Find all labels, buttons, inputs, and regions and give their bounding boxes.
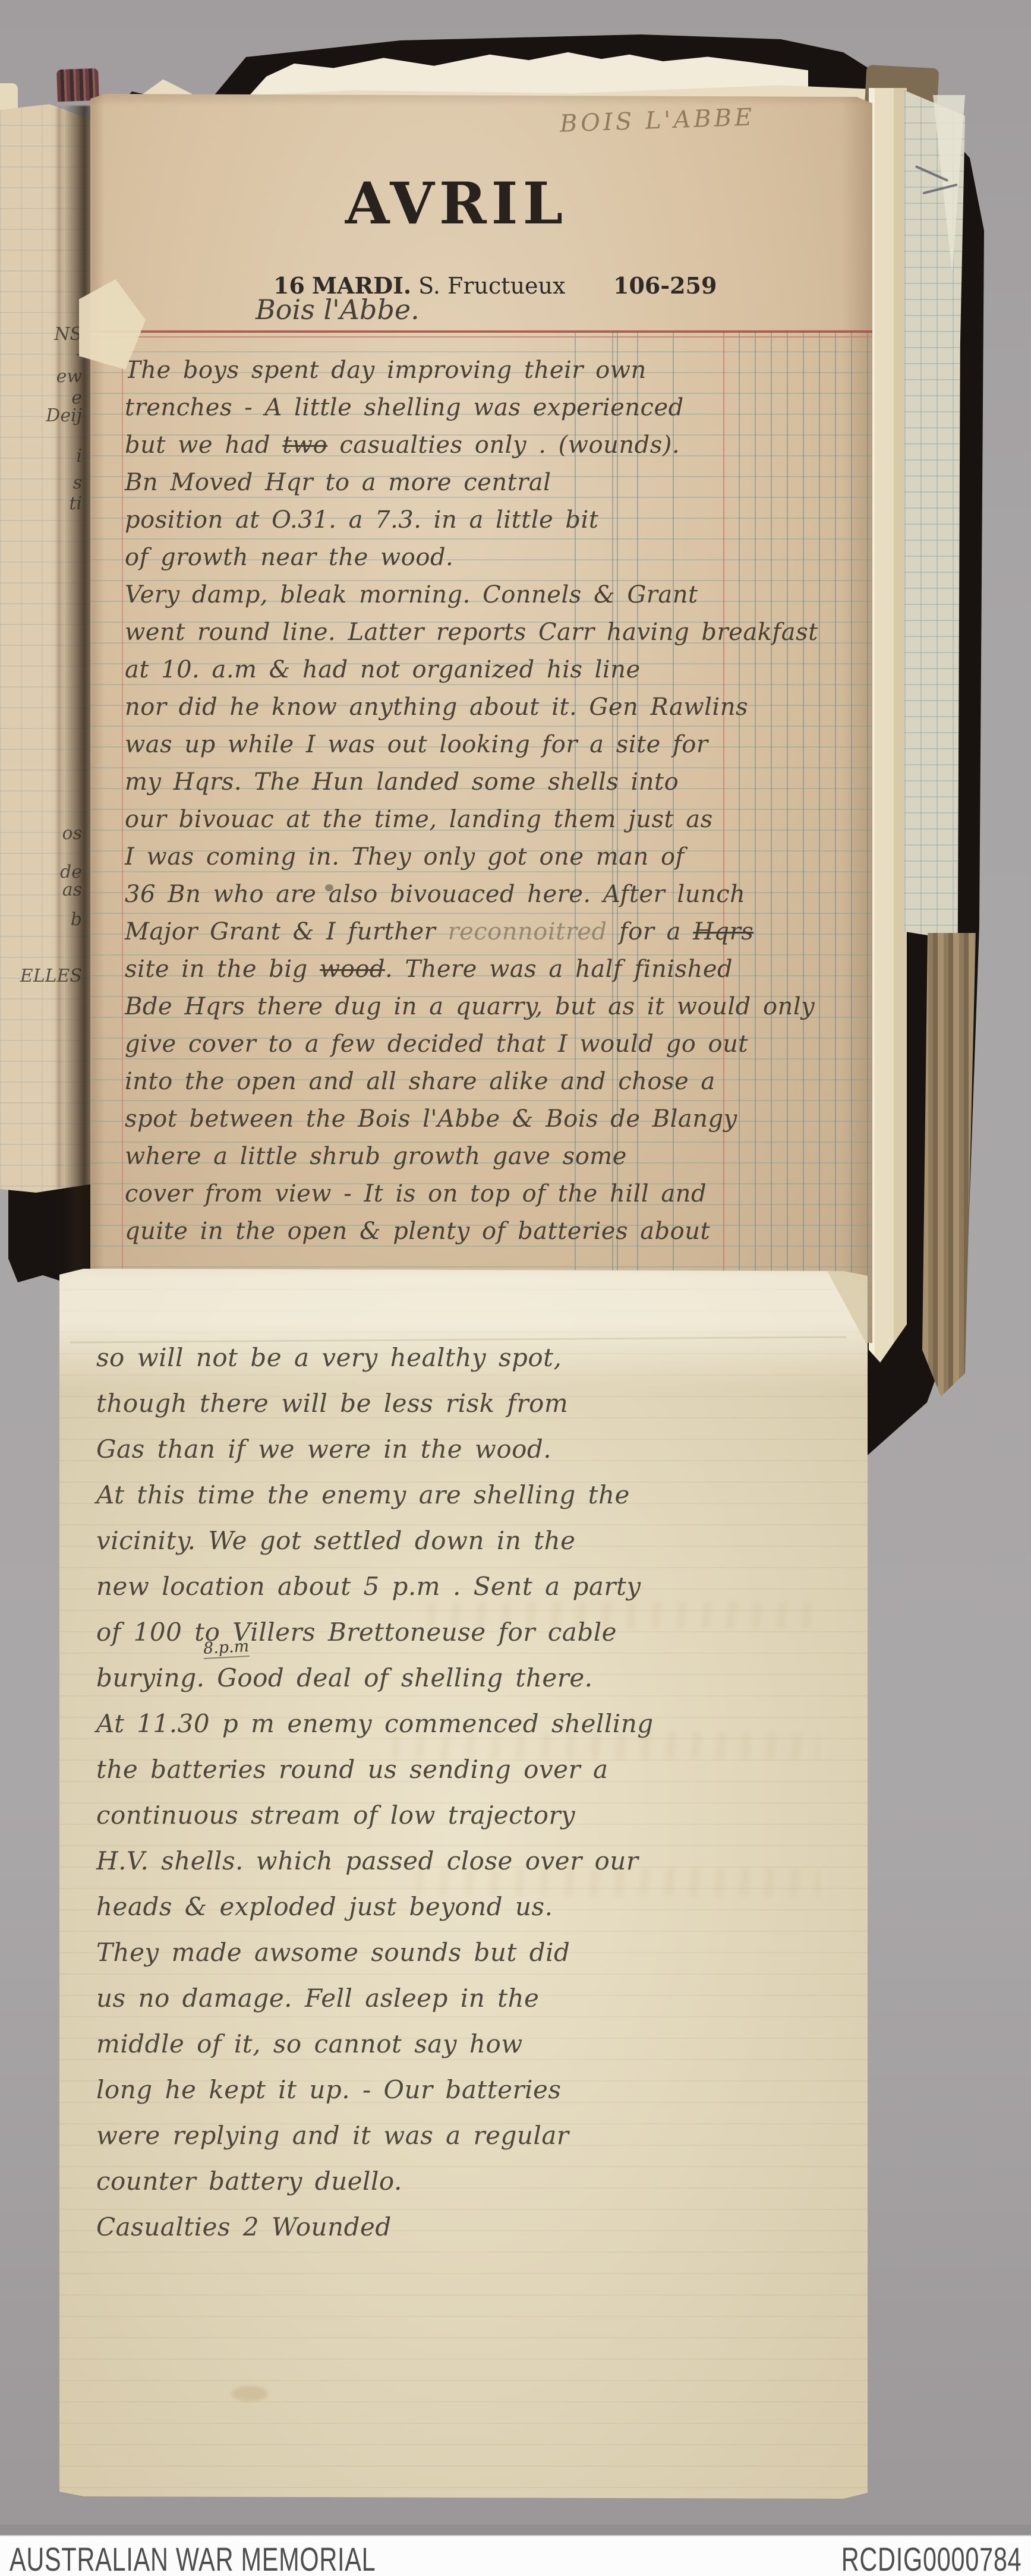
handwritten-segment: position at O.31. a 7.3. in a little bit — [125, 506, 598, 534]
handwritten-line: was up while I was out looking for a sit… — [125, 731, 708, 758]
handwritten-segment: Major Grant & I further — [125, 918, 447, 945]
handwritten-segment: H.V. shells. which passed close over our — [96, 1846, 638, 1875]
handwritten-segment: where a little shrub growth gave some — [125, 1143, 627, 1170]
handwritten-segment: at 10. a.m & had not organized his line — [125, 656, 641, 683]
scan-edge-strip — [0, 2524, 1031, 2535]
page-stack-edge — [869, 88, 907, 1363]
loose-diary-sheet: so will not be a very healthy spot,thoug… — [59, 1269, 868, 2499]
handwritten-segment: I was coming in. They only got one man o… — [125, 843, 685, 871]
handwritten-segment: casualties only . (wounds). — [327, 431, 680, 459]
paper-stain — [232, 2386, 267, 2401]
column-rule — [851, 332, 852, 1342]
handwritten-segment: of 100 to Villers Brettoneuse for cable — [96, 1618, 617, 1647]
handwritten-segment: went round line. Latter reports Carr hav… — [125, 619, 818, 646]
sheet-corner-fold — [826, 1269, 868, 1346]
handwritten-segment: cover from view - It is on top of the hi… — [125, 1180, 707, 1207]
handwritten-segment: continuous stream of low trajectory — [96, 1801, 575, 1830]
handwritten-segment: counter battery duello. — [96, 2167, 402, 2196]
column-rule — [739, 332, 740, 1342]
inserted-time-note: 8.p.m — [203, 1637, 250, 1659]
handwritten-segment: but we had — [125, 431, 282, 459]
handwritten-segment: quite in the open & plenty of batteries … — [125, 1218, 710, 1245]
handwritten-line: I was coming in. They only got one man o… — [125, 843, 685, 871]
handwritten-segment: though there will be less risk from — [96, 1389, 568, 1418]
column-rule — [867, 332, 868, 1342]
handwritten-line: of 100 to Villers Brettoneuse for cable — [96, 1618, 617, 1647]
handwritten-line: my Hqrs. The Hun landed some shells into — [125, 768, 679, 796]
handwritten-segment: wood — [320, 956, 385, 983]
printed-page-ref: 106-259 — [613, 272, 717, 299]
handwritten-line: burying. Good deal of shelling there. — [96, 1663, 593, 1692]
handwritten-line: where a little shrub growth gave some — [125, 1143, 627, 1170]
pencil-title-note: BOIS L'ABBE — [559, 103, 755, 137]
handwritten-line: quite in the open & plenty of batteries … — [125, 1218, 710, 1245]
archive-institution-label: AUSTRALIAN WAR MEMORIAL — [10, 2540, 376, 2576]
handwritten-line: They made awsome sounds but did — [96, 1938, 570, 1967]
handwritten-line: counter battery duello. — [96, 2167, 402, 2196]
handwritten-line: trenches - A little shelling was experie… — [125, 394, 684, 421]
handwritten-segment: trenches - A little shelling was experie… — [125, 394, 684, 421]
column-rule — [835, 332, 836, 1342]
handwritten-segment: At 11.30 p m enemy commenced shelling — [96, 1709, 654, 1738]
handwritten-line: at 10. a.m & had not organized his line — [125, 656, 641, 683]
handwritten-segment: two — [282, 431, 327, 459]
handwritten-segment: give cover to a few decided that I would… — [125, 1030, 748, 1058]
handwritten-segment: of growth near the wood. — [125, 544, 453, 571]
handwritten-segment: site in the big — [125, 956, 320, 983]
handwritten-segment: reconnoitred — [447, 918, 607, 945]
left-page-crease — [57, 107, 61, 1188]
handwritten-line: Major Grant & I further reconnoitred for… — [125, 918, 753, 945]
handwritten-line: the batteries round us sending over a — [96, 1755, 608, 1784]
handwritten-segment: Very damp, bleak morning. Connels & Gran… — [125, 581, 698, 608]
handwritten-segment: was up while I was out looking for a sit… — [125, 731, 708, 758]
handwritten-line: Gas than if we were in the wood. — [96, 1434, 551, 1464]
handwritten-line: us no damage. Fell asleep in the — [96, 1984, 539, 2013]
column-rule — [819, 332, 820, 1342]
handwritten-line: Casualties 2 Wounded — [96, 2212, 392, 2241]
scanned-diary-photograph: NS-eweDeijistiosdeasbELLES BOIS L'ABBE A… — [0, 0, 1031, 2576]
handwritten-segment: were replying and it was a regular — [96, 2121, 569, 2150]
handwritten-segment: the batteries round us sending over a — [96, 1755, 608, 1784]
handwritten-line: into the open and all share alike and ch… — [125, 1068, 715, 1095]
handwritten-line: Bde Hqrs there dug in a quarry, but as i… — [125, 993, 815, 1020]
handwritten-segment: our bivouac at the time, landing them ju… — [125, 806, 713, 833]
handwritten-line: heads & exploded just beyond us. — [96, 1892, 553, 1921]
diary-page: BOIS L'ABBE AVRIL 16 MARDI. S. Fructueux… — [90, 94, 872, 1343]
red-header-rule-thin — [90, 336, 872, 338]
handwritten-line: middle of it, so cannot say how — [96, 2029, 523, 2058]
handwritten-line: our bivouac at the time, landing them ju… — [125, 806, 713, 833]
handwritten-segment: . There was a half finished — [385, 956, 733, 983]
handwritten-line: Bn Moved Hqr to a more central — [125, 469, 551, 496]
handwritten-line: site in the big wood. There was a half f… — [125, 956, 733, 983]
handwritten-line: of growth near the wood. — [125, 544, 453, 571]
handwritten-segment: new location about 5 p.m . Sent a party — [96, 1572, 641, 1601]
handwritten-segment: middle of it, so cannot say how — [96, 2029, 523, 2058]
handwritten-line: were replying and it was a regular — [96, 2121, 569, 2150]
page-stack-brown — [922, 933, 976, 1396]
ink-blot — [325, 884, 333, 891]
handwritten-segment: Gas than if we were in the wood. — [96, 1434, 551, 1464]
handwritten-line: 36 Bn who are also bivouaced here. After… — [125, 881, 745, 908]
handwritten-line: position at O.31. a 7.3. in a little bit — [125, 506, 598, 534]
handwritten-line: but we had two casualties only . (wounds… — [125, 431, 680, 459]
handwritten-segment: They made awsome sounds but did — [96, 1938, 570, 1967]
handwritten-segment: into the open and all share alike and ch… — [125, 1068, 715, 1095]
column-rule — [723, 332, 724, 1342]
handwritten-segment: for a — [607, 918, 693, 945]
handwritten-line: though there will be less risk from — [96, 1389, 568, 1418]
column-rule — [755, 332, 756, 1342]
handwritten-segment: Bde Hqrs there dug in a quarry, but as i… — [125, 993, 815, 1020]
handwritten-segment: At this time the enemy are shelling the — [96, 1480, 630, 1509]
handwritten-line: nor did he know anything about it. Gen R… — [125, 693, 748, 721]
handwritten-segment: us no damage. Fell asleep in the — [96, 1984, 539, 2013]
handwritten-line: vicinity. We got settled down in the — [96, 1526, 576, 1555]
handwritten-line: so will not be a very healthy spot, — [96, 1343, 562, 1372]
handwritten-segment: so will not be a very healthy spot, — [96, 1343, 562, 1372]
handwritten-line: At 11.30 p m enemy commenced shelling — [96, 1709, 654, 1738]
handwritten-line: At this time the enemy are shelling the — [96, 1480, 630, 1509]
bookmark-ribbon — [56, 68, 99, 102]
column-rule — [122, 332, 123, 1342]
handwritten-line: continuous stream of low trajectory — [96, 1801, 575, 1830]
handwritten-segment: 36 Bn who are also bivouaced here. After… — [125, 881, 745, 908]
printed-month-header: AVRIL — [65, 170, 847, 237]
handwritten-segment: heads & exploded just beyond us. — [96, 1892, 553, 1921]
handwritten-segment: spot between the Bois l'Abbe & Bois de B… — [125, 1105, 737, 1133]
handwritten-segment: Bn Moved Hqr to a more central — [125, 469, 551, 496]
handwritten-segment: Casualties 2 Wounded — [96, 2212, 392, 2241]
handwritten-segment: burying. Good deal of shelling there. — [96, 1663, 593, 1692]
handwritten-segment: nor did he know anything about it. Gen R… — [125, 693, 748, 721]
handwritten-location: Bois l'Abbe. — [256, 294, 420, 326]
handwritten-line: H.V. shells. which passed close over our — [96, 1846, 638, 1875]
handwritten-line: Very damp, bleak morning. Connels & Gran… — [125, 581, 698, 608]
handwritten-line: spot between the Bois l'Abbe & Bois de B… — [125, 1105, 737, 1133]
handwritten-line: The boys spent day improving their own — [125, 357, 647, 384]
handwritten-segment: vicinity. We got settled down in the — [96, 1526, 576, 1555]
archive-item-id: RCDIG0000784 — [841, 2540, 1021, 2576]
handwritten-line: long he kept it up. - Our batteries — [96, 2075, 561, 2104]
handwritten-segment: The boys spent day improving their own — [125, 357, 647, 384]
column-rule — [787, 332, 788, 1342]
saint-name: S. Fructueux — [418, 273, 565, 299]
handwritten-line: new location about 5 p.m . Sent a party — [96, 1572, 641, 1601]
sheet-crease — [70, 1336, 846, 1343]
handwritten-segment: my Hqrs. The Hun landed some shells into — [125, 768, 679, 796]
archive-footer-bar: AUSTRALIAN WAR MEMORIAL RCDIG0000784 — [0, 2535, 1031, 2576]
handwritten-segment: long he kept it up. - Our batteries — [96, 2075, 561, 2104]
handwritten-line: went round line. Latter reports Carr hav… — [125, 619, 818, 646]
handwritten-line: cover from view - It is on top of the hi… — [125, 1180, 707, 1207]
handwritten-segment: Hqrs — [693, 918, 753, 945]
column-rule — [803, 332, 804, 1342]
red-header-rule — [90, 330, 872, 333]
handwritten-line: give cover to a few decided that I would… — [125, 1030, 748, 1058]
column-rule — [771, 332, 772, 1342]
